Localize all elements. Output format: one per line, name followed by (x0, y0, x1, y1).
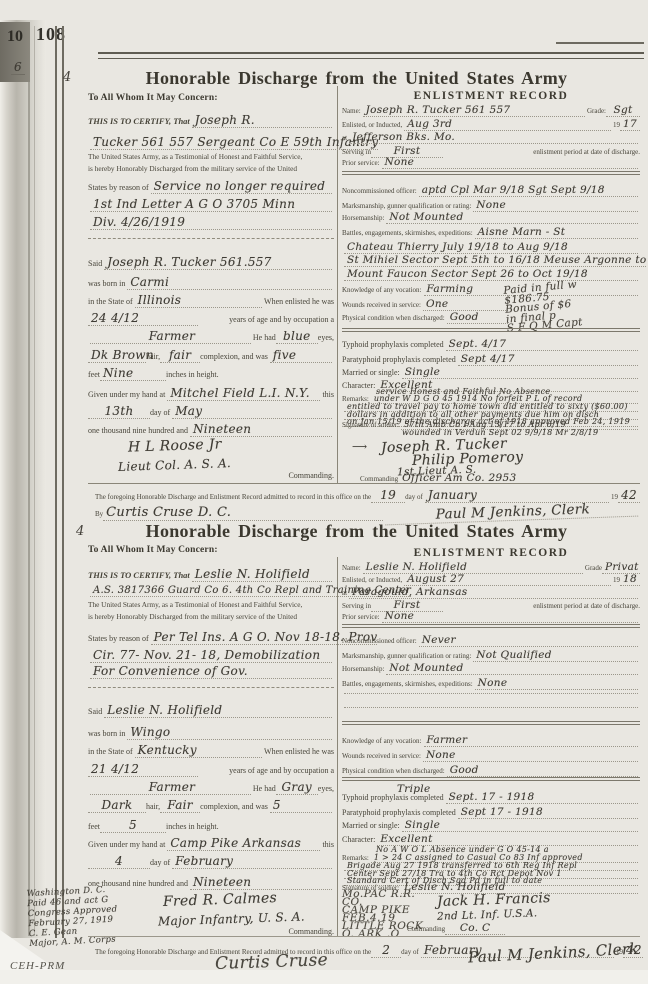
body-line: is hereby Honorably Discharged from the … (88, 164, 334, 173)
recorder-name-partial: Curtis Cruse (215, 950, 329, 974)
filing-line: The foregoing Honorable Discharge and En… (95, 488, 640, 503)
reason-value: Cir. 77- Nov. 21- 18, Demobilization (90, 648, 332, 663)
filing-top-rule (88, 483, 640, 484)
record2-check-mark: 4 (76, 524, 84, 539)
soldier-name: Joseph R. (192, 113, 332, 128)
occupation-line: Farmer He had Gray eyes, (88, 780, 334, 795)
reason-label: States by reason of (88, 183, 149, 192)
commander-title: 2nd Lt. Inf. U.S.A. (437, 907, 538, 922)
occupation-value: Farmer (90, 780, 251, 795)
birth-state: Illinois (135, 293, 262, 308)
hair-label: hair, (146, 352, 160, 361)
certify-line: THIS IS TO CERTIFY, That Joseph R. (88, 113, 334, 128)
state-label: in the State of (88, 747, 133, 756)
enlisted-label: Enlisted, or Inducted, (342, 121, 402, 129)
at-line: at Jefferson Bks. Mo. (342, 131, 640, 144)
complexion-value: Fair (160, 798, 200, 813)
vocation-line: Knowledge of any vocation: Farmer (342, 734, 640, 747)
battles-label: Battles, engagements, skirmishes, expedi… (342, 680, 473, 688)
marksmanship-line: Marksmanship, gunner qualification or ra… (342, 649, 640, 662)
marksmanship-label: Marksmanship, gunner qualification or ra… (342, 202, 471, 210)
officer-signature-line: Fred R. Calmes (163, 892, 334, 908)
blank-rule-line (342, 693, 640, 701)
birthplace: Carmi (127, 275, 332, 290)
reason-line3: Div. 4/26/1919 (88, 215, 334, 230)
place-value: Camp Pike Arkansas (167, 836, 320, 851)
married-value: Single (402, 819, 638, 832)
reason-line: States by reason of Service no longer re… (88, 179, 334, 194)
filing-day-label: day of (405, 493, 423, 501)
typhoid-value: Sept. 4/17 (446, 338, 638, 351)
hair-line: Dark hair, Fair complexion, and was 5 (88, 798, 334, 813)
body-text: is hereby Honorably Discharged from the … (88, 612, 297, 621)
body-text: The United States Army, as a Testimonial… (88, 600, 302, 609)
section-divider (88, 687, 334, 688)
battles-value: Aisne Marn - St (475, 226, 638, 239)
hair-label: hair, (146, 802, 160, 811)
vocation-value: Farmer (424, 734, 638, 747)
reason-line3: For Convenience of Gov. (88, 664, 334, 679)
battles-value: Chateau Thierry July 19/18 to Aug 9/18 (344, 241, 638, 254)
commanding-label: Commanding (360, 475, 398, 483)
margin-double-rule (55, 26, 64, 938)
body-line: The United States Army, as a Testimonial… (88, 600, 334, 609)
body-line: The United States Army, as a Testimonial… (88, 152, 334, 161)
horsemanship-value: Not Mounted (386, 662, 638, 675)
nco-label: Noncommissioned officer: (342, 187, 417, 195)
at-label: at (342, 134, 347, 142)
horsemanship-value: Not Mounted (386, 211, 638, 224)
paratyphoid-value: Sept 4/17 (458, 353, 638, 366)
typhoid-line: Typhoid prophylaxis completed Sept. 4/17 (342, 338, 640, 351)
state-line: in the State of Illinois When enlisted h… (88, 293, 334, 308)
paratyphoid-line: Paratyphoid prophylaxis completed Sept 4… (342, 353, 640, 366)
enlistment-header-text: ENLISTMENT RECORD (342, 90, 640, 102)
born-label: was born in (88, 729, 125, 738)
said-line: Said Leslie N. Holifield (88, 703, 334, 718)
horsemanship-line: Horsemanship: Not Mounted (342, 662, 640, 675)
enlisted-value: August 27 (404, 573, 611, 586)
prior-label: Prior service: (342, 613, 380, 621)
officer-signature: Fred R. Calmes (163, 890, 278, 910)
serving-suffix: enlistment period at date of discharge. (443, 602, 640, 610)
horsemanship-label: Horsemanship: (342, 214, 384, 222)
commanding-value: Co. C (445, 922, 505, 935)
signature-overwrite-line2: wounded in Verdun Sept 02 9/9/18 Mr 2/8/… (402, 428, 640, 437)
section-rule (342, 328, 640, 332)
year-label: one thousand nine hundred and (88, 426, 188, 435)
battles-line: Battles, engagements, skirmishes, expedi… (342, 226, 640, 239)
complexion-label: complexion, and was (200, 352, 268, 361)
record2-discharge-column: To All Whom It May Concern: THIS IS TO C… (88, 545, 334, 940)
grade-value: Sgt (606, 104, 640, 117)
commanding-label: Commanding (407, 925, 445, 933)
enlistment-header: ENLISTMENT RECORD (342, 547, 640, 559)
married-label: Married or single: (342, 821, 400, 830)
certify-line2: A.S. 3817366 Guard Co 6. 4th Co Repl and… (88, 585, 334, 597)
year-line: one thousand nine hundred and Nineteen (88, 422, 334, 437)
character-label: Character: (342, 835, 375, 844)
nco-line: Noncommissioned officer: aptd Cpl Mar 9/… (342, 184, 640, 197)
height-inches-value: 5 (100, 818, 166, 833)
name-label: Name: (342, 564, 361, 572)
hair-value: Dark (88, 798, 146, 813)
top-double-rule (98, 52, 644, 59)
feet-label: feet (88, 370, 100, 379)
serving-suffix: enlistment period at date of discharge. (443, 148, 640, 156)
grade-label: Grade: (587, 107, 606, 115)
eyes-value: blue (276, 329, 318, 344)
eyes-suffix: eyes, (318, 333, 334, 342)
year-prefix: 19 (613, 576, 620, 584)
serving-label: Serving in (342, 148, 371, 156)
complexion-value: fair (160, 348, 200, 363)
at-label: at (342, 589, 347, 597)
grade-label: Grade (585, 564, 602, 572)
year-value: 18 (620, 573, 640, 586)
physical-line: Physical condition when discharged: Good (342, 311, 510, 324)
commanding-line: Commanding. (88, 471, 334, 480)
height-line: feet Nine inches in height. (88, 366, 334, 381)
eyes-value: Gray (276, 780, 318, 795)
married-line: Married or single: Single (342, 819, 640, 832)
wounds-line: Wounds received in service: None (342, 749, 640, 762)
physical-label: Physical condition when discharged: (342, 314, 445, 322)
typhoid-label: Typhoid prophylaxis completed (342, 340, 444, 349)
at-line: at Paragould, Arkansas (342, 586, 640, 599)
reason-line: States by reason of Per Tel Ins. A G O. … (88, 630, 334, 645)
eyes-suffix: eyes, (318, 784, 334, 793)
hair-line: Dk Brown hair, fair complexion, and was … (88, 348, 334, 363)
day-value: 4 (88, 854, 150, 869)
section-rule (342, 777, 640, 781)
commander-signature-line: Jack H. Francis (437, 892, 640, 908)
complexion-label: complexion, and was (200, 802, 268, 811)
age-line: 24 4/12 years of age and by occupation a (88, 311, 334, 326)
typhoid-value: Sept. 17 - 1918 (446, 791, 638, 804)
record1-discharge-column: To All Whom It May Concern: THIS IS TO C… (88, 90, 334, 490)
enlistment-header-text: ENLISTMENT RECORD (342, 547, 640, 559)
name-label: Name: (342, 107, 361, 115)
footer-code: CEH-PRM (10, 960, 65, 972)
at-value: Jefferson Bks. Mo. (349, 131, 638, 144)
officer-title-line: Lieut Col. A. S. A. (118, 458, 334, 472)
reason-label: States by reason of (88, 634, 149, 643)
filing-day: 19 (371, 488, 405, 503)
salutation: To All Whom It May Concern: (88, 93, 334, 103)
age-value: 24 4/12 (88, 311, 198, 326)
day-line: 4 day of February (88, 854, 334, 869)
record1-enlistment-column: ENLISTMENT RECORD Name: Joseph R. Tucker… (342, 88, 640, 488)
battles-value: None (475, 677, 638, 690)
wounds-value: None (423, 749, 638, 762)
year-value: Nineteen (190, 875, 332, 890)
commanding-line: Commanding Co. C (407, 922, 640, 935)
at-value: Paragould, Arkansas (349, 586, 638, 599)
enlisted-value: Aug 3rd (404, 118, 611, 131)
nco-value: aptd Cpl Mar 9/18 Sgt Sept 9/18 (419, 184, 638, 197)
occupation-line: Farmer He had blue eyes, (88, 329, 334, 344)
officer-signature: H L Roose Jr (128, 436, 222, 455)
day-label: day of (150, 408, 170, 417)
vocation-label: Knowledge of any vocation: (342, 737, 422, 745)
section-rule (342, 624, 640, 628)
arrow-mark: ⟶ (352, 441, 367, 453)
horsemanship-label: Horsemanship: (342, 665, 384, 673)
enlisted-line: Enlisted, or Inducted, Aug 3rd 19 17 (342, 118, 640, 131)
blank-rule (344, 693, 638, 694)
vocation-label: Knowledge of any vocation: (342, 286, 422, 294)
age-line: 21 4/12 years of age and by occupation a (88, 762, 334, 777)
record2-title: Honorable Discharge from the United Stat… (75, 521, 638, 542)
book-binding-strip (0, 20, 46, 938)
day-label: day of (150, 858, 170, 867)
place-value: Mitchel Field L.I. N.Y. (167, 386, 320, 401)
corner-number: 10 (7, 28, 23, 46)
battles-label: Battles, engagements, skirmishes, expedi… (342, 229, 473, 237)
filing-day-label: day of (401, 948, 419, 956)
certify-label: THIS IS TO CERTIFY, That (88, 116, 190, 126)
wounds-value: One (423, 298, 508, 311)
given-label: Given under my hand at (88, 390, 165, 399)
reason-line2: 1st Ind Letter A G O 3705 Minn (88, 197, 334, 212)
height-feet-value: five (270, 348, 332, 363)
enlistment-header: ENLISTMENT RECORD (342, 90, 640, 102)
prior-line: Prior service: None (342, 156, 640, 169)
physical-line: Physical condition when discharged: Good (342, 764, 640, 777)
record2-enlistment-column: ENLISTMENT RECORD Name: Leslie N. Holifi… (342, 545, 640, 940)
state-label: in the State of (88, 297, 133, 306)
record1-filing: The foregoing Honorable Discharge and En… (95, 486, 640, 522)
physical-value: Good (447, 764, 638, 777)
physical-label: Physical condition when discharged: (342, 767, 445, 775)
height-inches-value: Nine (100, 366, 166, 381)
wounds-line: Wounds received in service: One (342, 298, 510, 311)
given-label: Given under my hand at (88, 840, 165, 849)
paratyphoid-label: Paratyphoid prophylaxis completed (342, 355, 456, 364)
feet-label: feet (88, 822, 100, 831)
paratyphoid-line: Paratyphoid prophylaxis completed Sept 1… (342, 806, 640, 819)
birth-state: Kentucky (135, 743, 262, 758)
top-short-rule (556, 42, 644, 44)
body-line: is hereby Honorably Discharged from the … (88, 612, 334, 621)
marksmanship-value: Not Qualified (473, 649, 638, 662)
age-value: 21 4/12 (88, 762, 198, 777)
year-prefix: 19 (613, 121, 620, 129)
officer-title-line: Major Infantry, U. S. A. (158, 912, 334, 926)
officer-title: Major Infantry, U. S. A. (158, 909, 305, 928)
given-line: Given under my hand at Mitchel Field L.I… (88, 386, 334, 401)
enlisted-line: Enlisted, or Inducted, August 27 19 18 (342, 573, 640, 586)
given-line: Given under my hand at Camp Pike Arkansa… (88, 836, 334, 851)
birthplace: Wingo (127, 725, 332, 740)
typhoid-line: Typhoid prophylaxis completed Sept. 17 -… (342, 791, 640, 804)
soldier-name: Leslie N. Holifield (104, 703, 332, 718)
recorder-name: Curtis Cruse D. C. (103, 505, 383, 521)
state-suffix: When enlisted he was (264, 297, 334, 306)
name-line: Name: Joseph R. Tucker 561 557 Grade: Sg… (342, 104, 640, 117)
battles-value: St Mihiel Sector Sept 5th to 16/18 Meuse… (344, 254, 646, 267)
payment-margin-note: Paid in full w $186.75 Bonus of $6 in fi… (503, 275, 639, 334)
height-line: feet 5 inches in height. (88, 818, 334, 833)
reason-value: 1st Ind Letter A G O 3705 Minn (90, 197, 332, 212)
state-line: in the State of Kentucky When enlisted h… (88, 743, 334, 758)
soldier-name-unit: Tucker 561 557 Sergeant Co E 59th Infant… (90, 135, 378, 150)
nco-line: Noncommissioned officer: Never (342, 634, 640, 647)
married-label: Married or single: (342, 368, 400, 377)
filing-text: The foregoing Honorable Discharge and En… (95, 493, 371, 501)
salutation: To All Whom It May Concern: (88, 545, 334, 555)
blank-rule-line (342, 707, 640, 715)
binding-line (34, 26, 35, 936)
binding-line (28, 26, 30, 936)
reason-value: Div. 4/26/1919 (90, 215, 332, 230)
paratyphoid-value: Sept 17 - 1918 (458, 806, 638, 819)
soldier-name: Joseph R. Tucker 561.557 (104, 255, 332, 270)
certify-line2: Tucker 561 557 Sergeant Co E 59th Infant… (88, 135, 334, 150)
commanding-label: Commanding. (88, 471, 334, 480)
this-label: this (322, 390, 334, 399)
paratyphoid-label: Paratyphoid prophylaxis completed (342, 808, 456, 817)
inches-label: inches in height. (166, 822, 219, 831)
certify-line: THIS IS TO CERTIFY, That Leslie N. Holif… (88, 567, 334, 582)
eyes-label: He had (253, 784, 276, 793)
wounds-label: Wounds received in service: (342, 301, 421, 309)
filing-top-rule (88, 936, 640, 937)
day-line: 13th day of May (88, 404, 334, 419)
age-suffix: years of age and by occupation a (198, 315, 334, 324)
signature-label: Signature of soldier: (342, 421, 399, 429)
year-value: Nineteen (190, 422, 332, 437)
section-divider (88, 238, 334, 239)
body-text: The United States Army, as a Testimonial… (88, 152, 302, 161)
blank-rule (344, 707, 638, 708)
prior-value: None (382, 610, 638, 623)
column-divider (337, 557, 338, 937)
born-line: was born in Wingo (88, 725, 334, 740)
month-value: May (172, 404, 332, 419)
commander-title-line: 2nd Lt. Inf. U.S.A. (437, 909, 640, 921)
officer-signature-line: H L Roose Jr (128, 438, 334, 454)
married-line: Married or single: Single (342, 366, 640, 379)
hair-value: Dk Brown (88, 348, 146, 363)
name-value: Joseph R. Tucker 561 557 (363, 104, 585, 117)
salutation-text: To All Whom It May Concern: (88, 545, 218, 555)
reason-value: Service no longer required (151, 179, 332, 194)
reason-value: For Convenience of Gov. (90, 664, 332, 679)
day-value: 13th (88, 404, 150, 419)
record1-title: Honorable Discharge from the United Stat… (75, 68, 638, 89)
said-label: Said (88, 259, 102, 268)
salutation-text: To All Whom It May Concern: (88, 93, 218, 103)
prior-label: Prior service: (342, 159, 380, 167)
soldier-name: Leslie N. Holifield (192, 567, 332, 582)
reason-line2: Cir. 77- Nov. 21- 18, Demobilization (88, 648, 334, 663)
prior-value: None (382, 156, 638, 169)
prior-line: Prior service: None (342, 610, 640, 623)
height-feet-value: 5 (270, 798, 332, 813)
occupation-value: Farmer (90, 329, 251, 344)
typhoid-label: Typhoid prophylaxis completed (342, 793, 444, 802)
inches-label: inches in height. (166, 370, 219, 379)
battles-line: Battles, engagements, skirmishes, expedi… (342, 677, 640, 690)
battles-line3: St Mihiel Sector Sept 5th to 16/18 Meuse… (342, 254, 640, 267)
this-label: this (322, 840, 334, 849)
enlisted-label: Enlisted, or Inducted, (342, 576, 402, 584)
section-rule (342, 721, 640, 725)
filing-day: 2 (371, 943, 401, 958)
nco-label: Noncommissioned officer: (342, 637, 417, 645)
year-value: 17 (620, 118, 640, 131)
born-line: was born in Carmi (88, 275, 334, 290)
corner-mark: 6 (11, 60, 25, 75)
record1-check-mark: 4 (63, 70, 71, 85)
married-value: Single (402, 366, 638, 379)
state-suffix: When enlisted he was (264, 747, 334, 756)
marksmanship-label: Marksmanship, gunner qualification or ra… (342, 652, 471, 660)
month-value: February (172, 854, 332, 869)
filing-by-line: By Curtis Cruse D. C. Paul M Jenkins, Cl… (95, 504, 640, 521)
born-label: was born in (88, 279, 125, 288)
nco-value: Never (419, 634, 638, 647)
age-suffix: years of age and by occupation a (198, 766, 334, 775)
section-rule (342, 171, 640, 175)
horsemanship-line: Horsemanship: Not Mounted (342, 211, 640, 224)
battles-line2: Chateau Thierry July 19/18 to Aug 9/18 (342, 241, 640, 254)
physical-value: Good (447, 311, 508, 324)
character-label: Character: (342, 381, 375, 390)
said-label: Said (88, 707, 102, 716)
said-line: Said Joseph R. Tucker 561.557 (88, 255, 334, 270)
filing-by-label: By (95, 510, 103, 518)
wounds-label: Wounds received in service: (342, 752, 421, 760)
certify-label: THIS IS TO CERTIFY, That (88, 570, 190, 580)
serving-label: Serving in (342, 602, 371, 610)
eyes-label: He had (253, 333, 276, 342)
body-text: is hereby Honorably Discharged from the … (88, 164, 297, 173)
